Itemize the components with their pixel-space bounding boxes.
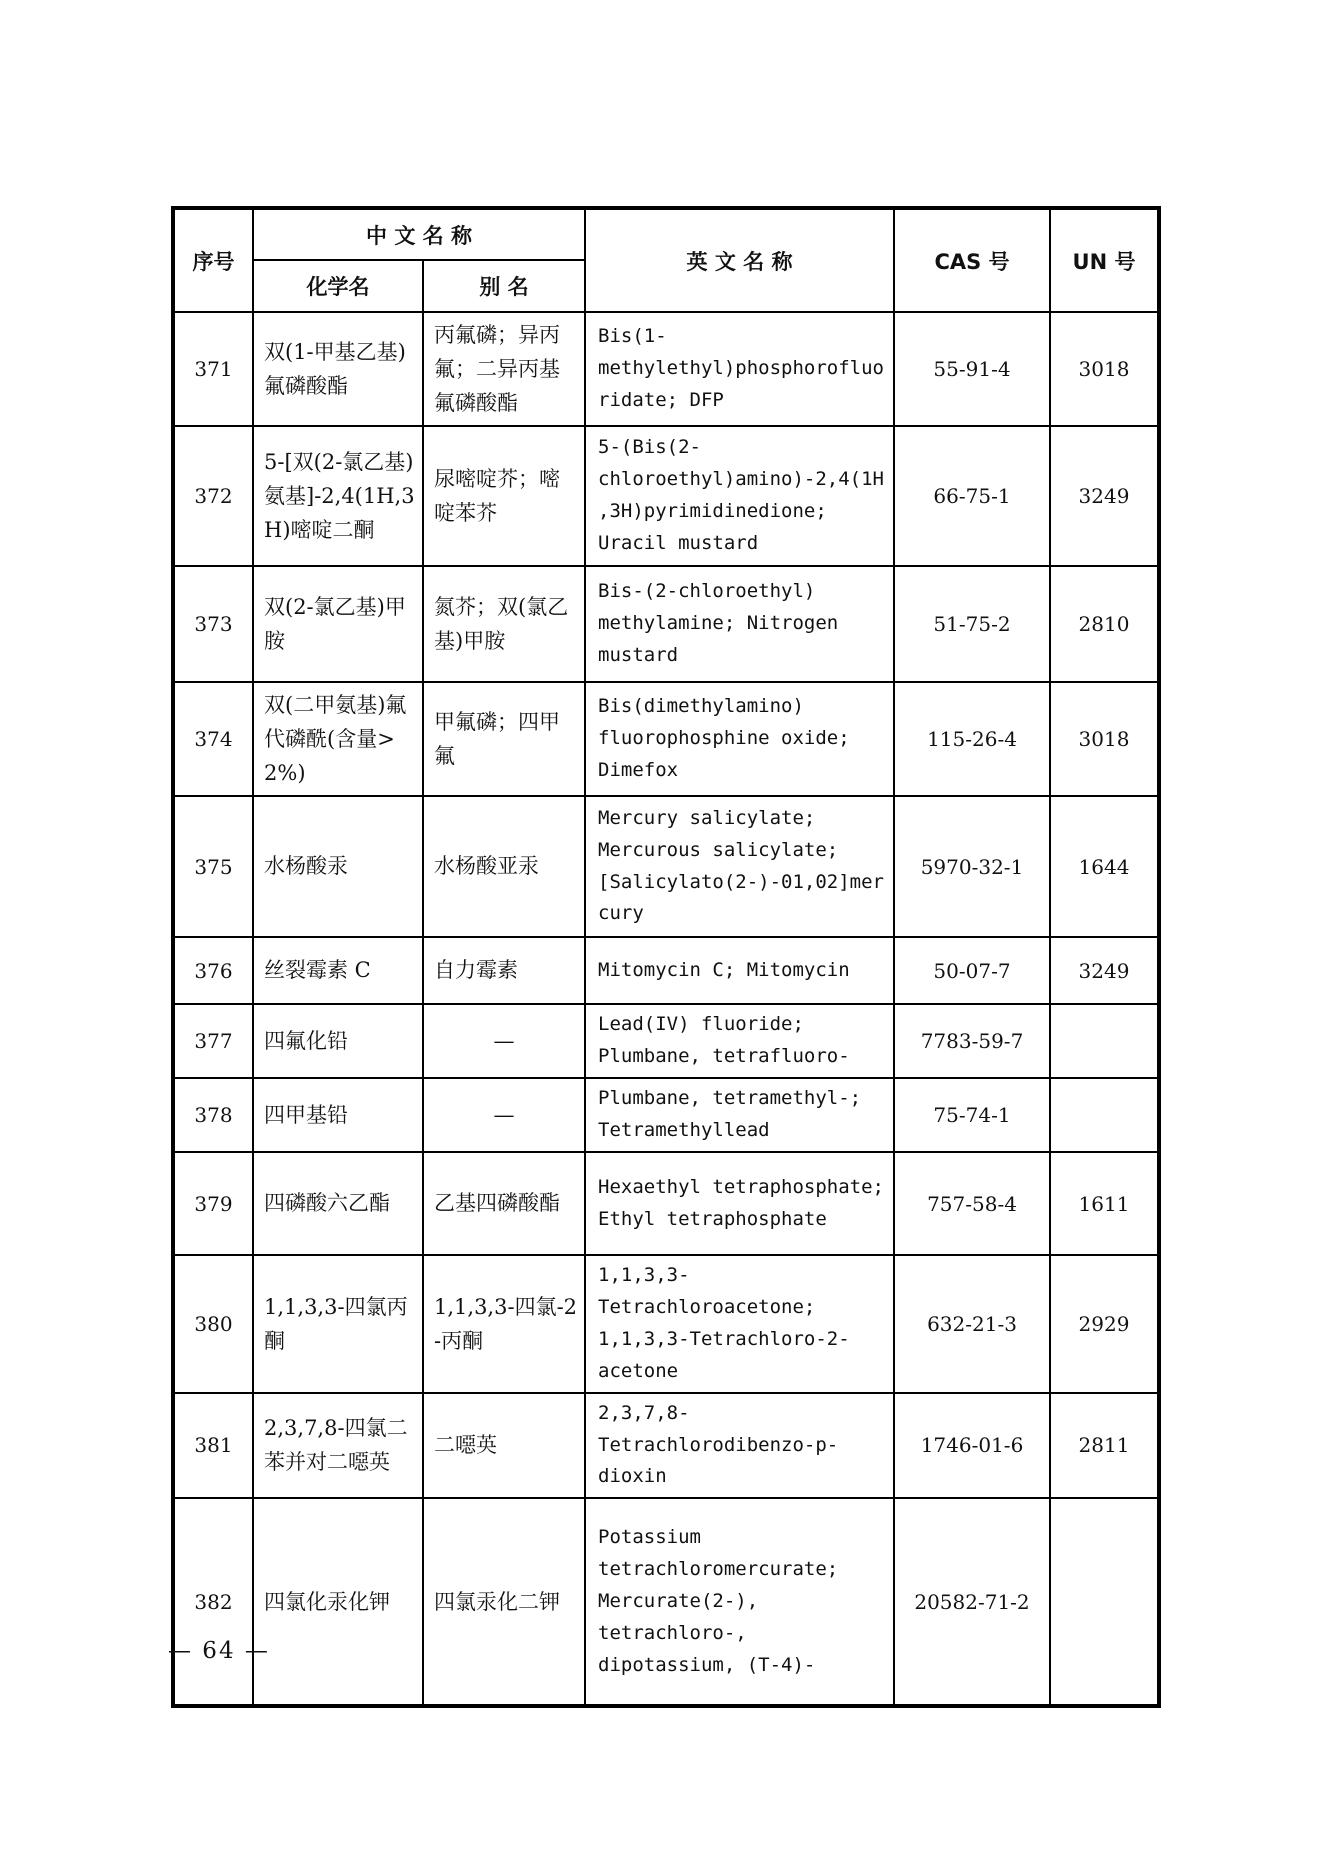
cell-chemical-name: 2,3,7,8-四氯二苯并对二噁英	[253, 1393, 423, 1499]
cell-cas: 7783-59-7	[894, 1004, 1050, 1078]
table-row: 382 四氯化汞化钾 四氯汞化二钾 Potassium tetrachlorom…	[173, 1498, 1159, 1706]
cell-un	[1050, 1078, 1159, 1152]
header-serial-number: 序号	[173, 208, 253, 312]
cell-un	[1050, 1004, 1159, 1078]
table-row: 378 四甲基铅 — Plumbane, tetramethyl-; Tetra…	[173, 1078, 1159, 1152]
cell-un: 2810	[1050, 566, 1159, 682]
cell-chemical-name: 四甲基铅	[253, 1078, 423, 1152]
cell-serial: 377	[173, 1004, 253, 1078]
cell-alias: 尿嘧啶芥；嘧啶苯芥	[423, 426, 585, 566]
table-row: 371 双(1-甲基乙基)氟磷酸酯 丙氟磷；异丙氟；二异丙基氟磷酸酯 Bis(1…	[173, 312, 1159, 426]
cell-cas: 20582-71-2	[894, 1498, 1050, 1706]
cell-alias: 水杨酸亚汞	[423, 796, 585, 937]
cell-serial: 372	[173, 426, 253, 566]
table-body: 371 双(1-甲基乙基)氟磷酸酯 丙氟磷；异丙氟；二异丙基氟磷酸酯 Bis(1…	[173, 312, 1159, 1706]
chemical-table: 序号 中 文 名 称 英 文 名 称 CAS 号 UN 号 化学名 别 名 37…	[171, 206, 1161, 1708]
cell-cas: 55-91-4	[894, 312, 1050, 426]
cell-serial: 376	[173, 937, 253, 1004]
cell-english-name: 2,3,7,8-Tetrachlorodibenzo-p-dioxin	[585, 1393, 894, 1499]
table-row: 373 双(2-氯乙基)甲胺 氮芥；双(氯乙基)甲胺 Bis-(2-chloro…	[173, 566, 1159, 682]
table-row: 374 双(二甲氨基)氟代磷酰(含量>2%) 甲氟磷；四甲氟 Bis(dimet…	[173, 682, 1159, 796]
cell-un: 2811	[1050, 1393, 1159, 1499]
cell-cas: 50-07-7	[894, 937, 1050, 1004]
cell-alias: 自力霉素	[423, 937, 585, 1004]
cell-cas: 51-75-2	[894, 566, 1050, 682]
cell-un: 2929	[1050, 1255, 1159, 1393]
cell-un: 1611	[1050, 1152, 1159, 1255]
cell-chemical-name: 双(二甲氨基)氟代磷酰(含量>2%)	[253, 682, 423, 796]
cell-serial: 371	[173, 312, 253, 426]
cell-chemical-name: 5-[双(2-氯乙基)氨基]-2,4(1H,3H)嘧啶二酮	[253, 426, 423, 566]
cell-english-name: Mitomycin C; Mitomycin	[585, 937, 894, 1004]
cell-alias: 1,1,3,3-四氯-2-丙酮	[423, 1255, 585, 1393]
cell-english-name: Mercury salicylate; Mercurous salicylate…	[585, 796, 894, 937]
cell-un: 3018	[1050, 682, 1159, 796]
cell-chemical-name: 水杨酸汞	[253, 796, 423, 937]
cell-chemical-name: 1,1,3,3-四氯丙酮	[253, 1255, 423, 1393]
cell-chemical-name: 四氯化汞化钾	[253, 1498, 423, 1706]
cell-serial: 373	[173, 566, 253, 682]
table-header: 序号 中 文 名 称 英 文 名 称 CAS 号 UN 号 化学名 别 名	[173, 208, 1159, 312]
cell-alias: 二噁英	[423, 1393, 585, 1499]
header-cas-number: CAS 号	[894, 208, 1050, 312]
cell-alias: 氮芥；双(氯乙基)甲胺	[423, 566, 585, 682]
header-chemical-name: 化学名	[253, 260, 423, 312]
document-page: 序号 中 文 名 称 英 文 名 称 CAS 号 UN 号 化学名 别 名 37…	[0, 0, 1323, 1871]
table-row: 376 丝裂霉素 C 自力霉素 Mitomycin C; Mitomycin 5…	[173, 937, 1159, 1004]
cell-english-name: Bis(dimethylamino) fluorophosphine oxide…	[585, 682, 894, 796]
table-row: 372 5-[双(2-氯乙基)氨基]-2,4(1H,3H)嘧啶二酮 尿嘧啶芥；嘧…	[173, 426, 1159, 566]
cell-english-name: Potassium tetrachloromercurate; Mercurat…	[585, 1498, 894, 1706]
cell-alias: 乙基四磷酸酯	[423, 1152, 585, 1255]
cell-un: 3249	[1050, 426, 1159, 566]
header-chinese-name-group: 中 文 名 称	[253, 208, 585, 260]
cell-english-name: Plumbane, tetramethyl-; Tetramethyllead	[585, 1078, 894, 1152]
cell-cas: 75-74-1	[894, 1078, 1050, 1152]
cell-chemical-name: 双(1-甲基乙基)氟磷酸酯	[253, 312, 423, 426]
cell-cas: 632-21-3	[894, 1255, 1050, 1393]
cell-english-name: Bis(1-methylethyl)phosphorofluoridate; D…	[585, 312, 894, 426]
table-row: 375 水杨酸汞 水杨酸亚汞 Mercury salicylate; Mercu…	[173, 796, 1159, 937]
cell-english-name: Bis-(2-chloroethyl) methylamine; Nitroge…	[585, 566, 894, 682]
cell-serial: 378	[173, 1078, 253, 1152]
cell-chemical-name: 丝裂霉素 C	[253, 937, 423, 1004]
cell-english-name: 5-(Bis(2-chloroethyl)amino)-2,4(1H,3H)py…	[585, 426, 894, 566]
cell-english-name: 1,1,3,3-Tetrachloroacetone; 1,1,3,3-Tetr…	[585, 1255, 894, 1393]
cell-serial: 382	[173, 1498, 253, 1706]
cell-serial: 381	[173, 1393, 253, 1499]
cell-chemical-name: 双(2-氯乙基)甲胺	[253, 566, 423, 682]
cell-alias: —	[423, 1004, 585, 1078]
cell-chemical-name: 四氟化铅	[253, 1004, 423, 1078]
header-un-number: UN 号	[1050, 208, 1159, 312]
cell-cas: 115-26-4	[894, 682, 1050, 796]
cell-serial: 379	[173, 1152, 253, 1255]
cell-serial: 374	[173, 682, 253, 796]
table-row: 377 四氟化铅 — Lead(IV) fluoride; Plumbane, …	[173, 1004, 1159, 1078]
cell-cas: 66-75-1	[894, 426, 1050, 566]
cell-cas: 757-58-4	[894, 1152, 1050, 1255]
cell-alias: 甲氟磷；四甲氟	[423, 682, 585, 796]
cell-chemical-name: 四磷酸六乙酯	[253, 1152, 423, 1255]
cell-english-name: Lead(IV) fluoride; Plumbane, tetrafluoro…	[585, 1004, 894, 1078]
cell-alias: —	[423, 1078, 585, 1152]
cell-cas: 5970-32-1	[894, 796, 1050, 937]
cell-english-name: Hexaethyl tetraphosphate; Ethyl tetrapho…	[585, 1152, 894, 1255]
cell-un: 3249	[1050, 937, 1159, 1004]
table-row: 381 2,3,7,8-四氯二苯并对二噁英 二噁英 2,3,7,8-Tetrac…	[173, 1393, 1159, 1499]
cell-serial: 380	[173, 1255, 253, 1393]
table-row: 380 1,1,3,3-四氯丙酮 1,1,3,3-四氯-2-丙酮 1,1,3,3…	[173, 1255, 1159, 1393]
page-number: — 64 —	[168, 1638, 270, 1664]
cell-un: 1644	[1050, 796, 1159, 937]
cell-un	[1050, 1498, 1159, 1706]
cell-cas: 1746-01-6	[894, 1393, 1050, 1499]
header-english-name: 英 文 名 称	[585, 208, 894, 312]
cell-serial: 375	[173, 796, 253, 937]
table-row: 379 四磷酸六乙酯 乙基四磷酸酯 Hexaethyl tetraphospha…	[173, 1152, 1159, 1255]
header-alias-name: 别 名	[423, 260, 585, 312]
cell-alias: 丙氟磷；异丙氟；二异丙基氟磷酸酯	[423, 312, 585, 426]
cell-alias: 四氯汞化二钾	[423, 1498, 585, 1706]
cell-un: 3018	[1050, 312, 1159, 426]
